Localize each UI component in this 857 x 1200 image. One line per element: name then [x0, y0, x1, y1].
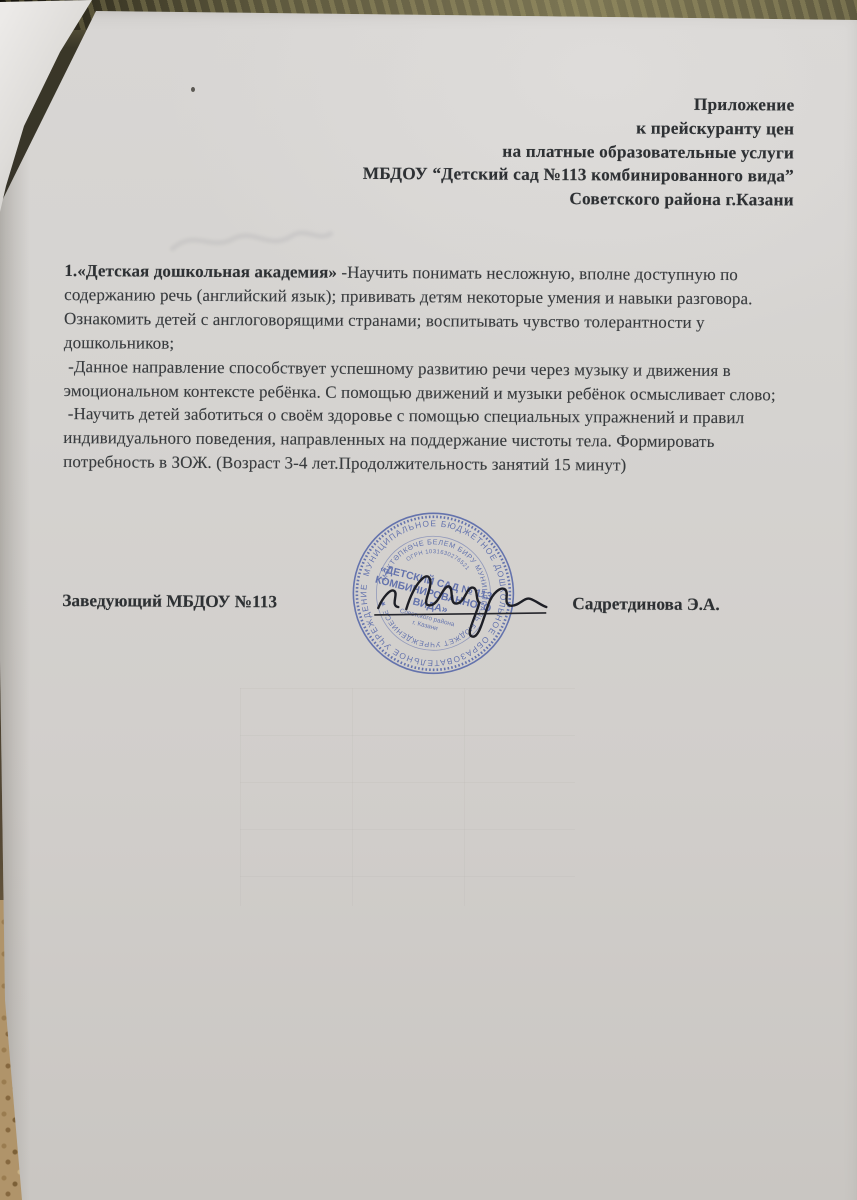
signature-ink — [378, 576, 546, 637]
body-paragraph-3: -Научить детей заботиться о своём здоров… — [63, 402, 799, 478]
body-paragraph-1: 1.«Детская дошкольная академия» -Научить… — [64, 259, 801, 359]
paragraph-lead-bold: 1.«Детская дошкольная академия» — [64, 261, 337, 282]
body-paragraph-2: -Данное направление способствует успешно… — [64, 355, 800, 407]
document-body-text: 1.«Детская дошкольная академия» -Научить… — [63, 259, 800, 479]
signature-left-label: Заведующий МБДОУ №113 — [62, 591, 277, 612]
document-content: Приложение к прейскуранту цен на платные… — [0, 0, 857, 1200]
document-header-block: Приложение к прейскуранту цен на платные… — [154, 90, 795, 213]
signature-area — [362, 556, 578, 649]
header-line-5: Советского района г.Казани — [154, 185, 794, 213]
signature-line — [374, 612, 546, 616]
signature-right-name: Садретдинова Э.А. — [572, 594, 720, 615]
bleed-through-handwriting-ghost — [166, 221, 336, 262]
photo-stage: Приложение к прейскуранту цен на платные… — [0, 0, 857, 1200]
